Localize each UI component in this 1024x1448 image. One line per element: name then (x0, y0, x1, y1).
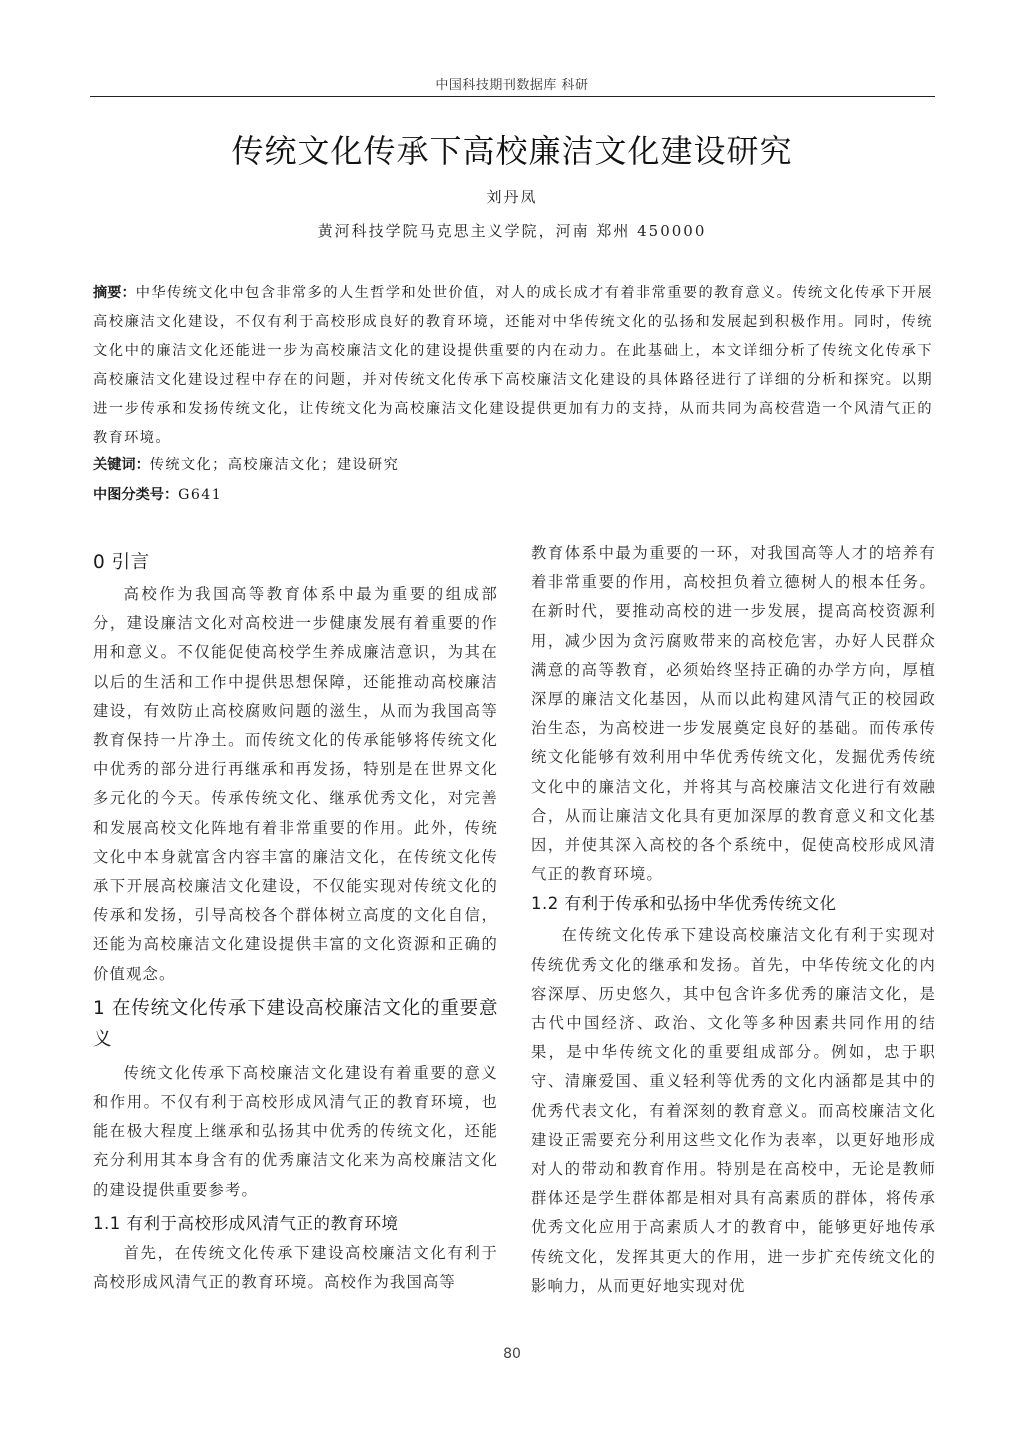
section-heading-introduction: 0 引言 (93, 548, 498, 578)
left-column: 0 引言 高校作为我国高等教育体系中最为重要的组成部分，建设廉洁文化对高校进一步… (93, 548, 498, 1297)
keywords-label: 关键词： (93, 457, 150, 473)
author-name: 刘丹凤 (0, 186, 1024, 207)
header-divider (90, 96, 935, 97)
abstract-text: 中华传统文化中包含非常多的人生哲学和处世价值，对人的成长成才有着非常重要的教育意… (93, 285, 933, 446)
keywords-line: 关键词：传统文化；高校廉洁文化；建设研究 (93, 454, 399, 474)
abstract: 摘要：中华传统文化中包含非常多的人生哲学和处世价值，对人的成长成才有着非常重要的… (93, 279, 933, 453)
author-affiliation: 黄河科技学院马克思主义学院，河南 郑州 450000 (0, 220, 1024, 241)
subsection-heading-1-1: 1.1 有利于高校形成风清气正的教育环境 (93, 1209, 498, 1239)
keywords-text: 传统文化；高校廉洁文化；建设研究 (150, 457, 399, 473)
running-header: 中国科技期刊数据库 科研 (90, 74, 934, 93)
section-1-1-paragraph: 首先，在传统文化传承下建设高校廉洁文化有利于高校形成风清气正的教育环境。高校作为… (93, 1239, 498, 1297)
classification-line: 中图分类号：G641 (93, 484, 222, 504)
section-heading-1: 1 在传统文化传承下建设高校廉洁文化的重要意义 (93, 993, 498, 1055)
right-column: 教育体系中最为重要的一环，对我国高等人才的培养有着非常重要的作用，高校担负着立德… (531, 539, 936, 1301)
section-1-paragraph: 传统文化传承下高校廉洁文化建设有着重要的意义和作用。不仅有利于高校形成风清气正的… (93, 1059, 498, 1205)
paper-title: 传统文化传承下高校廉洁文化建设研究 (0, 126, 1024, 172)
abstract-label: 摘要： (93, 285, 136, 301)
classification-label: 中图分类号： (93, 487, 178, 503)
subsection-heading-1-2: 1.2 有利于传承和弘扬中华优秀传统文化 (531, 889, 936, 919)
classification-code: G641 (178, 487, 222, 503)
section-1-2-paragraph: 在传统文化传承下建设高校廉洁文化有利于实现对传统优秀文化的继承和发扬。首先，中华… (531, 921, 936, 1301)
introduction-paragraph: 高校作为我国高等教育体系中最为重要的组成部分，建设廉洁文化对高校进一步健康发展有… (93, 580, 498, 989)
section-1-1-continued-paragraph: 教育体系中最为重要的一环，对我国高等人才的培养有着非常重要的作用，高校担负着立德… (531, 539, 936, 889)
page-number: 80 (0, 1346, 1024, 1362)
